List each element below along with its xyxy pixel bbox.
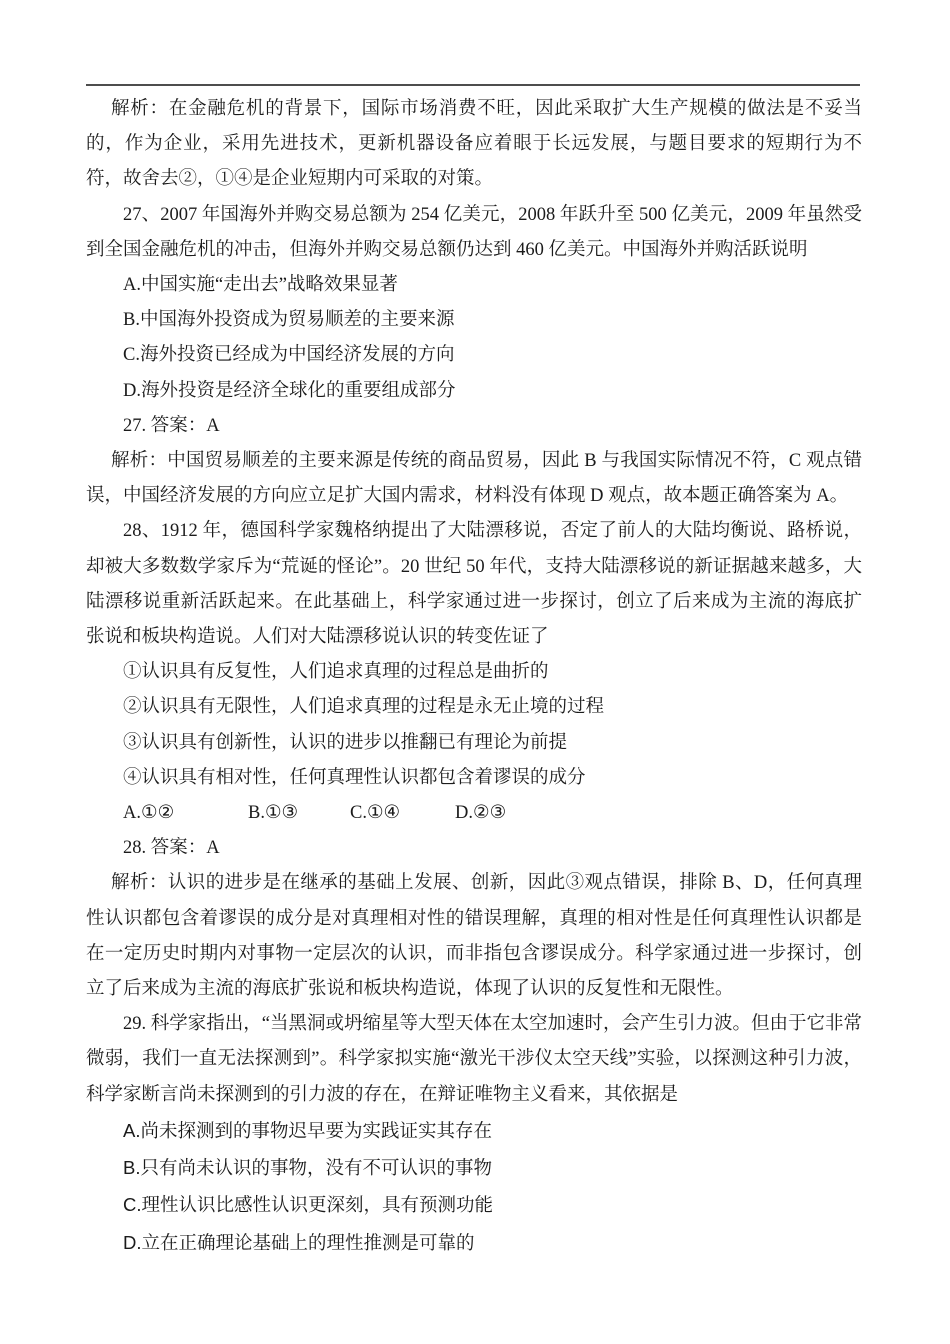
- answer-28: 28. 答案：A: [86, 831, 862, 866]
- analysis-paragraph-28: 解析：认识的进步是在继承的基础上发展、创新，因此③观点错误，排除 B、D，任何真…: [86, 866, 862, 1007]
- option-letter: D.: [123, 381, 141, 401]
- option-text: 海外投资是经济全球化的重要组成部分: [141, 381, 456, 401]
- question-28-item-4: ④认识具有相对性，任何真理性认识都包含着谬误的成分: [86, 761, 862, 796]
- question-29-option-d: D.立在正确理论基础上的理性推测是可靠的: [86, 1225, 862, 1262]
- option-d: D.②③: [455, 796, 506, 831]
- option-text: 海外投资已经成为中国经济发展的方向: [140, 345, 455, 365]
- question-29-stem: 29. 科学家指出，“当黑洞或坍缩星等大型天体在太空加速时，会产生引力波。但由于…: [86, 1007, 862, 1113]
- option-c: C.①④: [350, 796, 455, 831]
- question-28-stem: 28、1912 年，德国科学家魏格纳提出了大陆漂移说，否定了前人的大陆均衡说、路…: [86, 514, 862, 655]
- option-letter: C.: [123, 345, 140, 365]
- question-27-stem: 27、2007 年国海外并购交易总额为 254 亿美元，2008 年跃升至 50…: [86, 198, 862, 268]
- option-letter: B.: [123, 1157, 140, 1178]
- option-text: 中国海外投资成为贸易顺差的主要来源: [140, 310, 455, 330]
- header-rule: [86, 84, 860, 86]
- option-b: B.①③: [248, 796, 350, 831]
- analysis-paragraph-prev: 解析：在金融危机的背景下，国际市场消费不旺，因此采取扩大生产规模的做法是不妥当的…: [86, 92, 862, 198]
- question-28-item-1: ①认识具有反复性，人们追求真理的过程总是曲折的: [86, 655, 862, 690]
- document-page: 解析：在金融危机的背景下，国际市场消费不旺，因此采取扩大生产规模的做法是不妥当的…: [0, 0, 950, 1344]
- answer-27: 27. 答案：A: [86, 409, 862, 444]
- option-letter: A.: [123, 275, 141, 295]
- option-letter: B.: [123, 310, 140, 330]
- option-letter: D.: [123, 1232, 142, 1253]
- option-text: 只有尚未认识的事物，没有不可认识的事物: [140, 1159, 492, 1179]
- option-text: 理性认识比感性认识更深刻，具有预测功能: [142, 1196, 494, 1216]
- question-27-option-c: C.海外投资已经成为中国经济发展的方向: [86, 338, 862, 373]
- question-29-option-a: A.尚未探测到的事物迟早要为实践证实其存在: [86, 1113, 862, 1150]
- question-27-option-a: A.中国实施“走出去”战略效果显著: [86, 268, 862, 303]
- question-28-item-2: ②认识具有无限性，人们追求真理的过程是永无止境的过程: [86, 690, 862, 725]
- option-letter: C.: [123, 1194, 142, 1215]
- option-text: 立在正确理论基础上的理性推测是可靠的: [142, 1234, 475, 1254]
- option-text: 中国实施“走出去”战略效果显著: [141, 275, 398, 295]
- question-28-options-row: A.①②B.①③C.①④D.②③: [86, 796, 862, 831]
- question-27-option-b: B.中国海外投资成为贸易顺差的主要来源: [86, 303, 862, 338]
- option-letter: A.: [123, 1120, 140, 1141]
- document-content: 解析：在金融危机的背景下，国际市场消费不旺，因此采取扩大生产规模的做法是不妥当的…: [86, 92, 862, 1262]
- question-29-option-b: B.只有尚未认识的事物，没有不可认识的事物: [86, 1150, 862, 1187]
- option-text: 尚未探测到的事物迟早要为实践证实其存在: [140, 1122, 492, 1142]
- analysis-paragraph-27: 解析：中国贸易顺差的主要来源是传统的商品贸易，因此 B 与我国实际情况不符，C …: [86, 444, 862, 514]
- option-a: A.①②: [123, 796, 248, 831]
- question-27-option-d: D.海外投资是经济全球化的重要组成部分: [86, 374, 862, 409]
- question-28-item-3: ③认识具有创新性，认识的进步以推翻已有理论为前提: [86, 726, 862, 761]
- question-29-option-c: C.理性认识比感性认识更深刻，具有预测功能: [86, 1187, 862, 1224]
